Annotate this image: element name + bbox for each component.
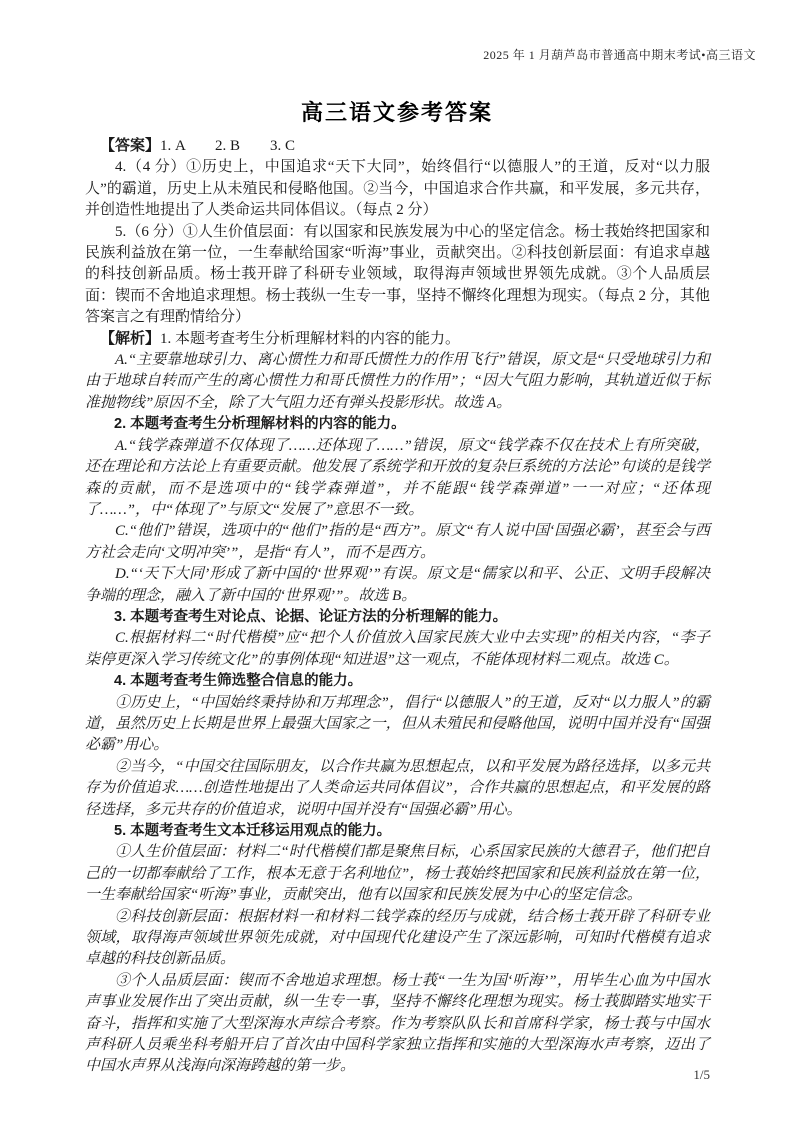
answer-q4: 4.（4 分）①历史上，中国追求“天下大同”，始终倡行“以德服人”的王道，反对“… — [85, 157, 710, 221]
document-body: 【答案】1. A 2. B 3. C 4.（4 分）①历史上，中国追求“天下大同… — [85, 136, 710, 1078]
analysis-q5-heading: 5. 本题考查考生文本迁移运用观点的能力。 — [85, 821, 710, 842]
analysis-q1-heading: 【解析】1. 本题考查考生分析理解材料的内容的能力。 — [85, 329, 710, 350]
analysis-q5-point-2: ②科技创新层面：根据材料一和材料二钱学森的经历与成就，结合杨士莪开辟了科研专业领… — [85, 907, 710, 971]
answers-key-line: 【答案】1. A 2. B 3. C — [85, 136, 710, 157]
analysis-q4-point-2: ②当今，“中国交往国际朋友，以合作共赢为思想起点，以和平发展为路径选择，以多元共… — [85, 757, 710, 821]
answer-q5: 5.（6 分）①人生价值层面：有以国家和民族发展为中心的坚定信念。杨士莪始终把国… — [85, 222, 710, 329]
exam-answer-page: 2025 年 1 月葫芦岛市普通高中期末考试•高三语文 高三语文参考答案 【答案… — [0, 0, 794, 1123]
answers-label: 【答案】 — [100, 138, 160, 154]
page-title: 高三语文参考答案 — [0, 98, 794, 128]
analysis-q2-option-c: C.“他们”错误，选项中的“他们”指的是“西方”。原文“有人说中国‘国强必霸’，… — [85, 521, 710, 564]
answers-values: 1. A 2. B 3. C — [160, 138, 295, 154]
analysis-q1-option-a: A.“主要靠地球引力、离心惯性力和哥氏惯性力的作用飞行”错误，原文是“只受地球引… — [85, 350, 710, 414]
analysis-q4-heading: 4. 本题考查考生筛选整合信息的能力。 — [85, 671, 710, 692]
analysis-q2-heading: 2. 本题考查考生分析理解材料的内容的能力。 — [85, 414, 710, 435]
page-header-exam-info: 2025 年 1 月葫芦岛市普通高中期末考试•高三语文 — [483, 46, 756, 63]
analysis-label: 【解析】 — [100, 331, 160, 347]
analysis-q2-option-d: D.“‘天下大同’形成了新中国的‘世界观’”有误。原文是“儒家以和平、公正、文明… — [85, 564, 710, 607]
analysis-q5-point-3: ③个人品质层面：锲而不舍地追求理想。杨士莪“一生为国‘听海’”，用毕生心血为中国… — [85, 971, 710, 1078]
analysis-q3-option-c: C.根据材料二“时代楷模”应“把个人价值放入国家民族大业中去实现”的相关内容，“… — [85, 628, 710, 671]
page-number: 1/5 — [693, 1067, 710, 1083]
analysis-q2-option-a: A.“钱学森弹道不仅体现了……还体现了……”错误，原文“钱学森不仅在技术上有所突… — [85, 436, 710, 522]
analysis-q4-point-1: ①历史上，“中国始终秉持协和万邦理念”，倡行“以德服人”的王道，反对“以力服人”… — [85, 693, 710, 757]
analysis-q5-point-1: ①人生价值层面：材料二“时代楷模们都是聚焦目标，心系国家民族的大德君子，他们把自… — [85, 842, 710, 906]
analysis-q1-heading-text: 1. 本题考查考生分析理解材料的内容的能力。 — [160, 331, 460, 347]
analysis-q3-heading: 3. 本题考查考生对论点、论据、论证方法的分析理解的能力。 — [85, 607, 710, 628]
